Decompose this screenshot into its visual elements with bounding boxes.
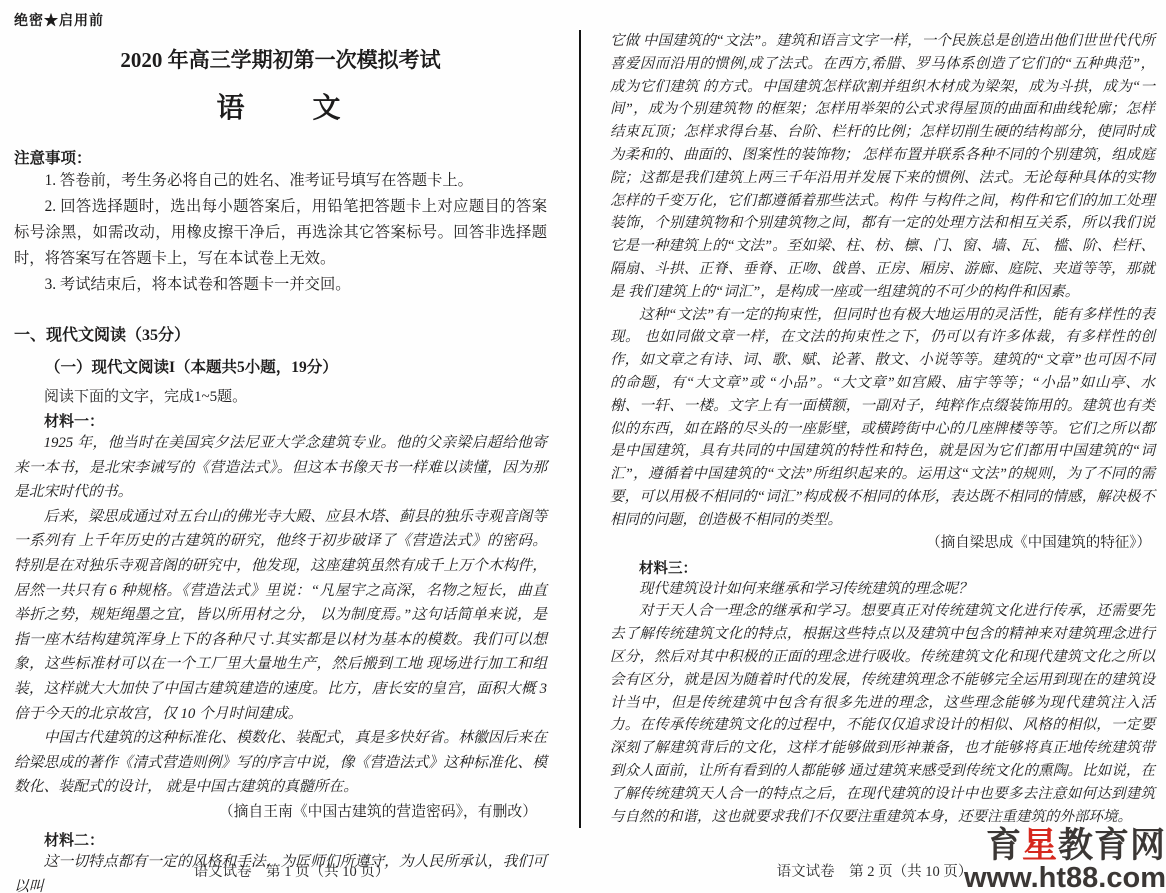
watermark-red-char: 星 [1022,826,1058,865]
exam-title: 2020 年高三学期初第一次模拟考试 [14,44,547,74]
exam-paper-spread: 绝密★启用前 2020 年高三学期初第一次模拟考试 语 文 注意事项： 1. 答… [0,0,1166,893]
material-one-paragraph: 后来，梁思成通过对五台山的佛光寺大殿、应县木塔、蓟县的独乐寺观音阁等一系列有 上… [14,505,547,726]
publisher-watermark: 育星教育网 www.ht88.com [964,829,1166,893]
watermark-url: www.ht88.com [964,863,1166,893]
page-1: 绝密★启用前 2020 年高三学期初第一次模拟考试 语 文 注意事项： 1. 答… [0,0,583,893]
material-three-label: 材料三： [610,557,1155,578]
material-three-paragraph: 对于天人合一理念的继承和学习。想要真正对传统建筑文化进行传承，还需要先去了解传统… [610,600,1155,828]
notice-item-3: 3. 考试结束后，将本试卷和答题卡一并交回。 [14,272,547,298]
material-three-question: 现代建筑设计如何来继承和学习传统建筑的理念呢？ [610,578,1155,601]
material-two-paragraph-continued: 它做 中国建筑的“文法”。建筑和语言文字一样，一个民族总是创造出他们世世代代所喜… [610,30,1155,304]
material-one-label: 材料一： [14,410,547,431]
material-one-attribution: （摘自王南《中国古建筑的营造密码》，有删改） [14,800,547,825]
notice-item-1: 1. 答卷前，考生务必将自己的姓名、准考证号填写在答题卡上。 [14,168,547,194]
passage-subheading: （一）现代文阅读I（本题共5小题，19分） [14,355,547,377]
subject-title: 语 文 [14,86,547,126]
material-two-paragraph: 这种“文法”有一定的拘束性，但同时也有极大地运用的灵活性，能有多样性的表现。 也… [610,304,1155,532]
reading-instruction: 阅读下面的文字，完成1~5题。 [14,385,547,406]
material-two-attribution: （摘自梁思成《中国建筑的特征》） [610,532,1155,555]
notice-item-2: 2. 回答选择题时，选出每小题答案后，用铅笔把答题卡上对应题目的答案标号涂黑，如… [14,194,547,272]
material-two-label: 材料二： [14,829,547,850]
material-one-paragraph: 1925 年，他当时在美国宾夕法尼亚大学念建筑专业。他的父亲梁启超给他寄来一本书… [14,431,547,505]
section-heading: 一、现代文阅读（35分） [14,322,547,345]
material-one-paragraph: 中国古代建筑的这种标准化、模数化、装配式，真是多快好省。林徽因后来在给梁思成的著… [14,726,547,800]
watermark-text-suffix: 教育网 [1058,826,1166,865]
watermark-site-name: 育星教育网 [964,829,1166,863]
security-label: 绝密★启用前 [14,10,547,30]
notice-heading: 注意事项： [14,146,547,168]
page-2: 它做 中国建筑的“文法”。建筑和语言文字一样，一个民族总是创造出他们世世代代所喜… [583,0,1166,893]
page-1-footer: 语文试卷 第 1 页（共 10 页） [0,860,583,881]
page-divider-line [579,30,581,828]
watermark-text-prefix: 育 [986,826,1022,865]
